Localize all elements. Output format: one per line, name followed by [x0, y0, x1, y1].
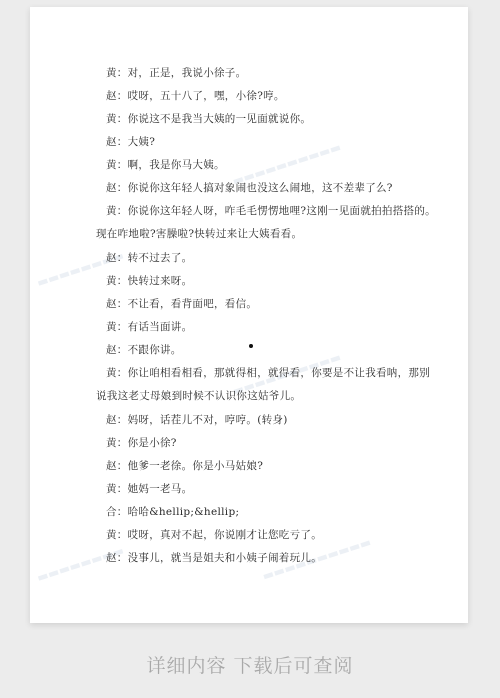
dialogue-line: 黄：你是小徐? — [96, 437, 438, 449]
dialogue-line: 赵：哎呀，五十八了，嘿，小徐?哼。 — [96, 90, 438, 102]
dialogue-line: 黄：你说这不是我当大姨的一见面就说你。 — [96, 113, 438, 125]
dialogue-line: 赵：转不过去了。 — [96, 252, 438, 264]
dialogue-line: 黄：对，正是，我说小徐子。 — [96, 67, 438, 79]
document-page: ▬▬▬▬▬▬▬▬▬▬ ▬▬▬▬▬▬▬▬ ▬▬▬▬▬▬▬▬▬▬ ▬▬▬▬▬▬▬▬ … — [30, 7, 468, 623]
dialogue-line: 赵：不跟你讲。 — [96, 344, 438, 356]
dialogue-content: 黄：对，正是，我说小徐子。 赵：哎呀，五十八了，嘿，小徐?哼。 黄：你说这不是我… — [96, 67, 438, 575]
dialogue-line: 黄：你让咱相看相看，那就得相，就得看，你要是不让我看呐，那别说我这老丈母娘到时候… — [96, 362, 438, 408]
dialogue-line: 黄：哎呀，真对不起，你说刚才让您吃亏了。 — [96, 529, 438, 541]
dialogue-line: 赵：他爹一老徐。你是小马姑娘? — [96, 460, 438, 472]
download-prompt[interactable]: 详细内容 下载后可查阅 — [0, 651, 500, 678]
dialogue-line: 黄：她妈一老马。 — [96, 483, 438, 495]
dialogue-line: 黄：啊，我是你马大姨。 — [96, 159, 438, 171]
dialogue-line: 赵：妈呀，话茬儿不对，哼哼。(转身) — [96, 414, 438, 426]
dialogue-line: 黄：有话当面讲。 — [96, 321, 438, 333]
dialogue-line: 合：哈哈&hellip;&hellip; — [96, 506, 438, 518]
dialogue-line: 赵：没事儿，就当是姐夫和小姨子闹着玩儿。 — [96, 552, 438, 564]
dialogue-line: 赵：你说你这年轻人搞对象闹也没这么闹地，这不差辈了么? — [96, 182, 438, 194]
dialogue-line: 赵：不让看，看背面吧，看信。 — [96, 298, 438, 310]
dialogue-line: 黄：你说你这年轻人呀，咋毛毛愣愣地哩?这刚一见面就拍拍搭搭的。现在咋地啦?害臊啦… — [96, 200, 438, 246]
dialogue-line: 黄：快转过来呀。 — [96, 275, 438, 287]
dialogue-line: 赵：大姨? — [96, 136, 438, 148]
